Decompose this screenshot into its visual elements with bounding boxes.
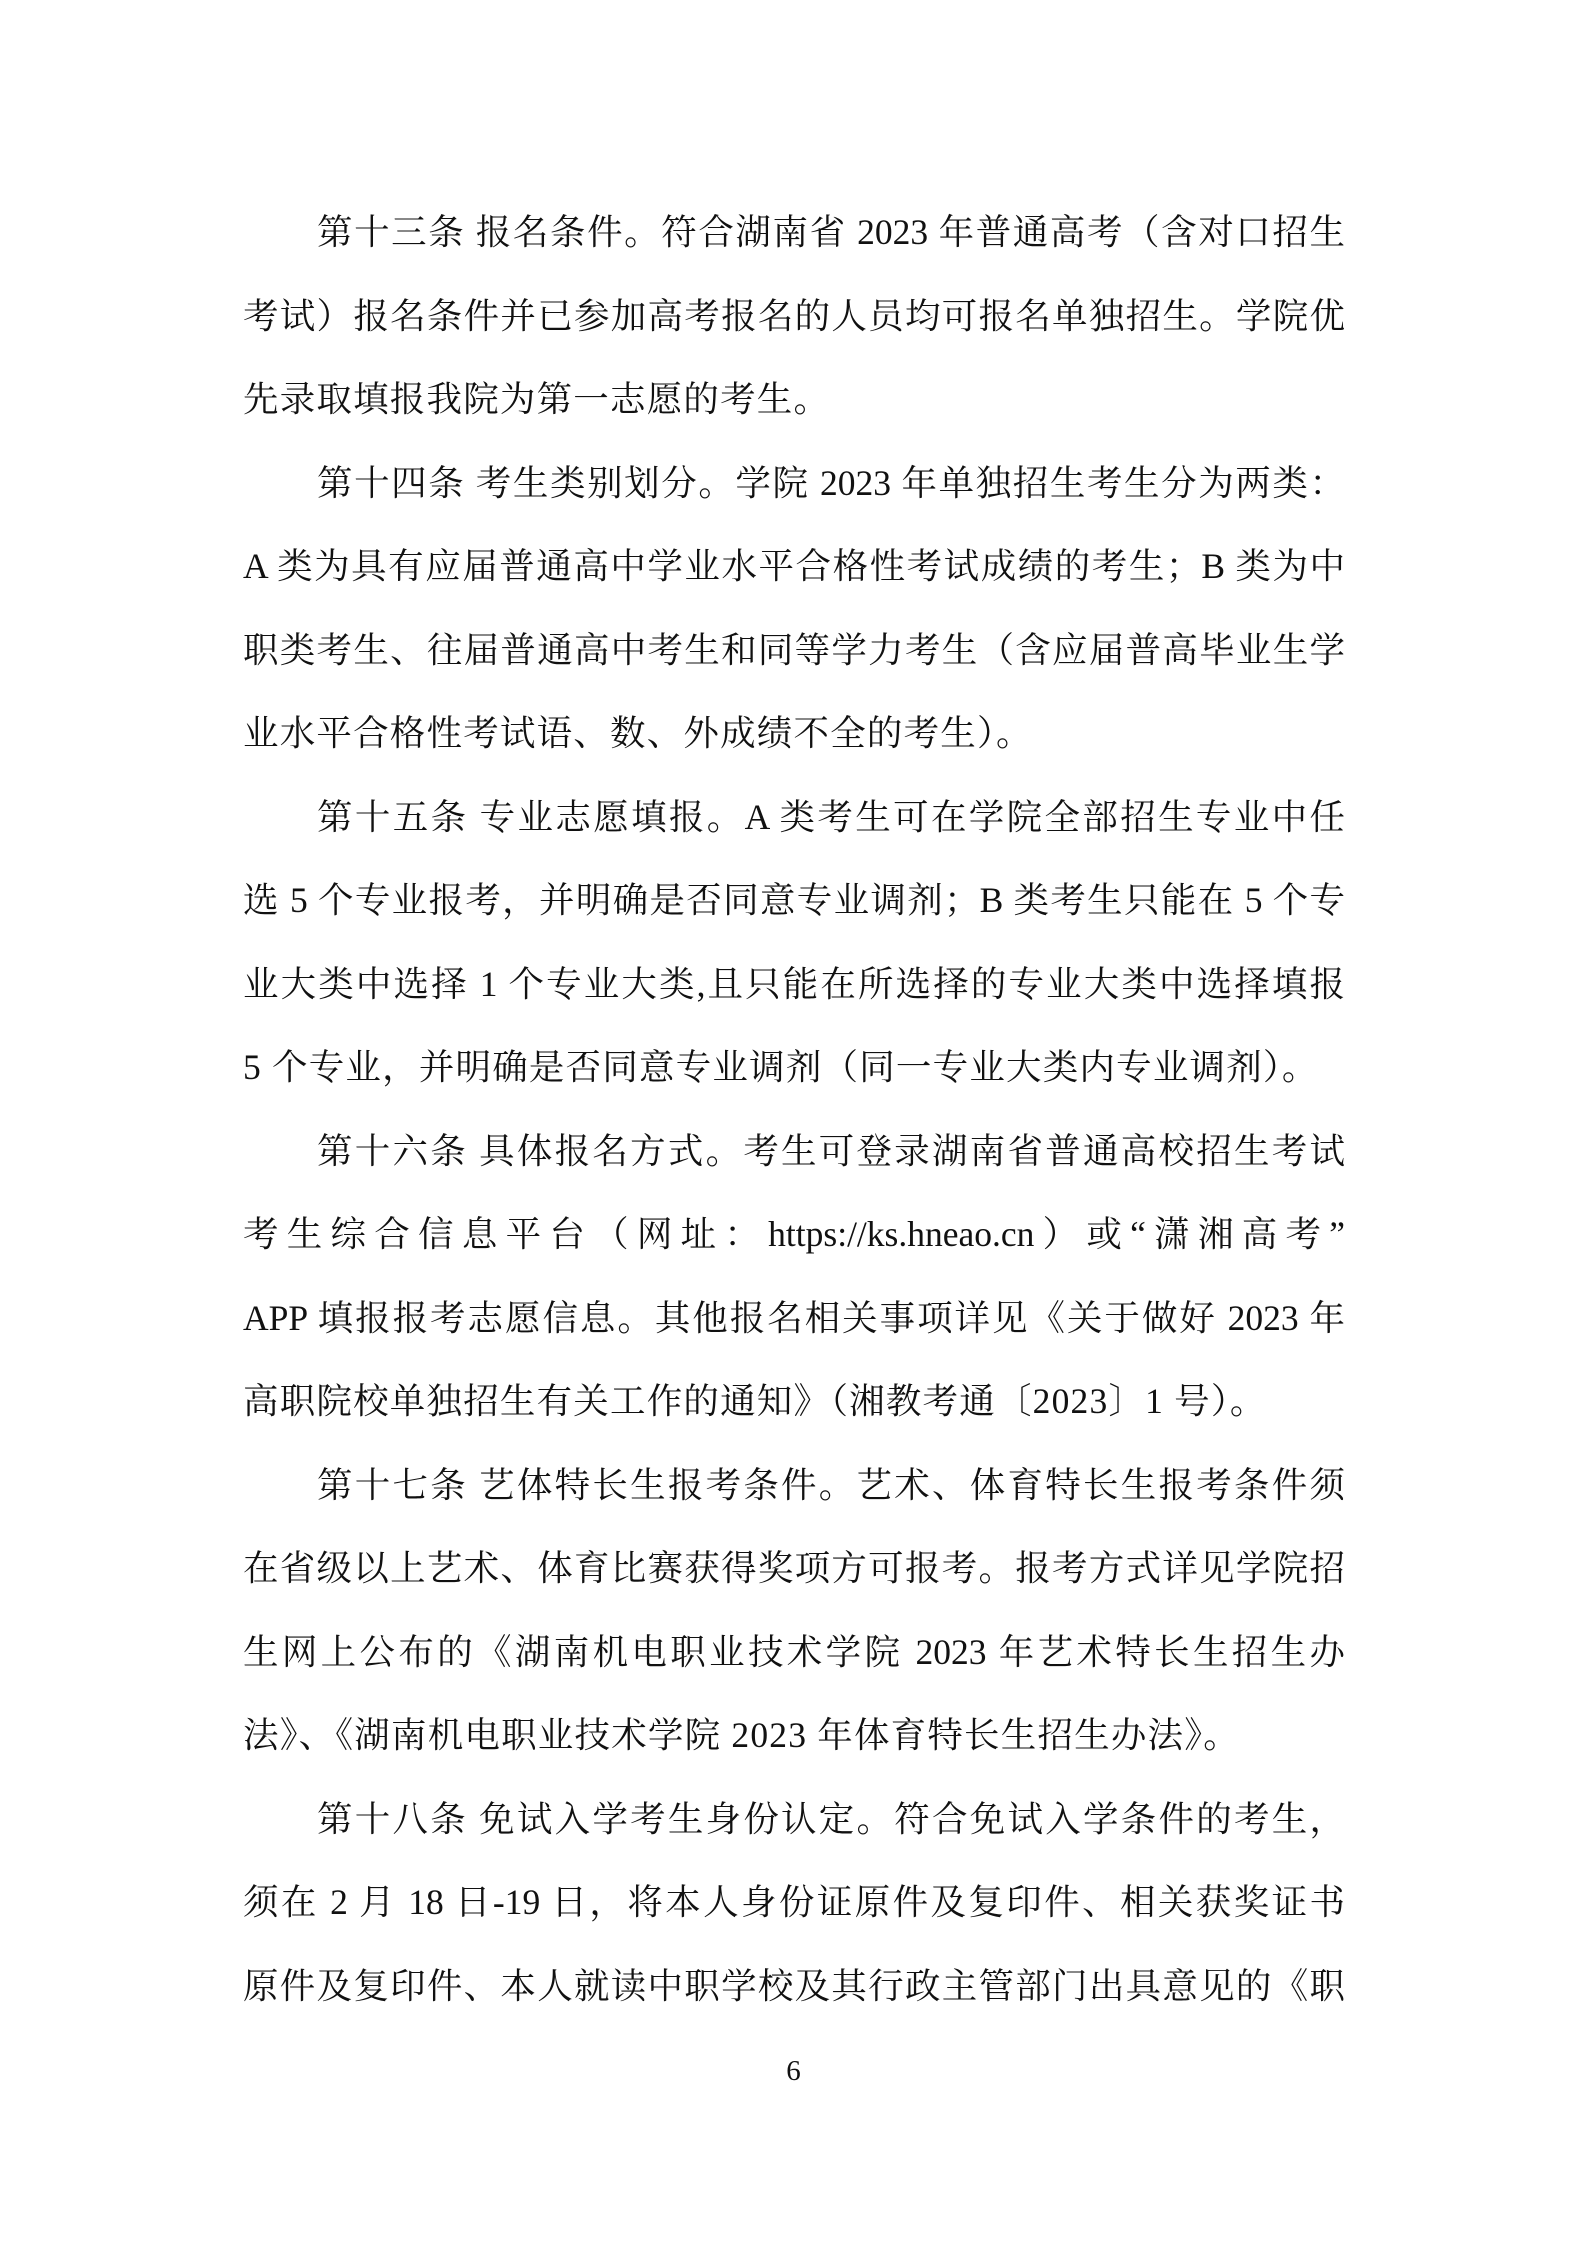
text-line: 须在 2 月 18 日-19 日，将本人身份证原件及复印件、相关获奖证书 <box>243 1861 1345 1945</box>
text-line: 5 个专业，并明确是否同意专业调剂（同一专业大类内专业调剂）。 <box>243 1026 1345 1110</box>
text-line: 考试）报名条件并已参加高考报名的人员均可报名单独招生。学院优 <box>243 275 1345 359</box>
text-line: 先录取填报我院为第一志愿的考生。 <box>243 358 1345 442</box>
text-line: 业大类中选择 1 个专业大类,且只能在所选择的专业大类中选择填报 <box>243 943 1345 1027</box>
text-line: 第十四条 考生类别划分。学院 2023 年单独招生考生分为两类： <box>243 442 1345 526</box>
text-line: 法》、《湖南机电职业技术学院 2023 年体育特长生招生办法》。 <box>243 1694 1345 1778</box>
document-body-text: 第十三条 报名条件。符合湖南省 2023 年普通高考（含对口招生考试）报名条件并… <box>243 191 1345 2028</box>
text-line: 业水平合格性考试语、数、外成绩不全的考生）。 <box>243 692 1345 776</box>
text-line: 第十七条 艺体特长生报考条件。艺术、体育特长生报考条件须 <box>243 1444 1345 1528</box>
text-line: 高职院校单独招生有关工作的通知》（湘教考通〔2023〕1 号）。 <box>243 1360 1345 1444</box>
text-line: 生网上公布的《湖南机电职业技术学院 2023 年艺术特长生招生办 <box>243 1611 1345 1695</box>
text-line: APP 填报报考志愿信息。其他报名相关事项详见《关于做好 2023 年 <box>243 1277 1345 1361</box>
text-line: 第十八条 免试入学考生身份认定。符合免试入学条件的考生， <box>243 1778 1345 1862</box>
text-line: 考生综合信息平台（网址：https://ks.hneao.cn）或“潇湘高考” <box>243 1193 1345 1277</box>
text-line: 第十六条 具体报名方式。考生可登录湖南省普通高校招生考试 <box>243 1110 1345 1194</box>
page-number: 6 <box>0 2043 1587 2099</box>
text-line: 第十五条 专业志愿填报。A 类考生可在学院全部招生专业中任 <box>243 776 1345 860</box>
text-line: 原件及复印件、本人就读中职学校及其行政主管部门出具意见的《职 <box>243 1945 1345 2029</box>
text-line: 在省级以上艺术、体育比赛获得奖项方可报考。报考方式详见学院招 <box>243 1527 1345 1611</box>
text-line: 第十三条 报名条件。符合湖南省 2023 年普通高考（含对口招生 <box>243 191 1345 275</box>
text-line: 职类考生、往届普通高中考生和同等学力考生（含应届普高毕业生学 <box>243 609 1345 693</box>
document-page: 第十三条 报名条件。符合湖南省 2023 年普通高考（含对口招生考试）报名条件并… <box>0 0 1587 2245</box>
text-line: A 类为具有应届普通高中学业水平合格性考试成绩的考生；B 类为中 <box>243 525 1345 609</box>
text-line: 选 5 个专业报考，并明确是否同意专业调剂；B 类考生只能在 5 个专 <box>243 859 1345 943</box>
